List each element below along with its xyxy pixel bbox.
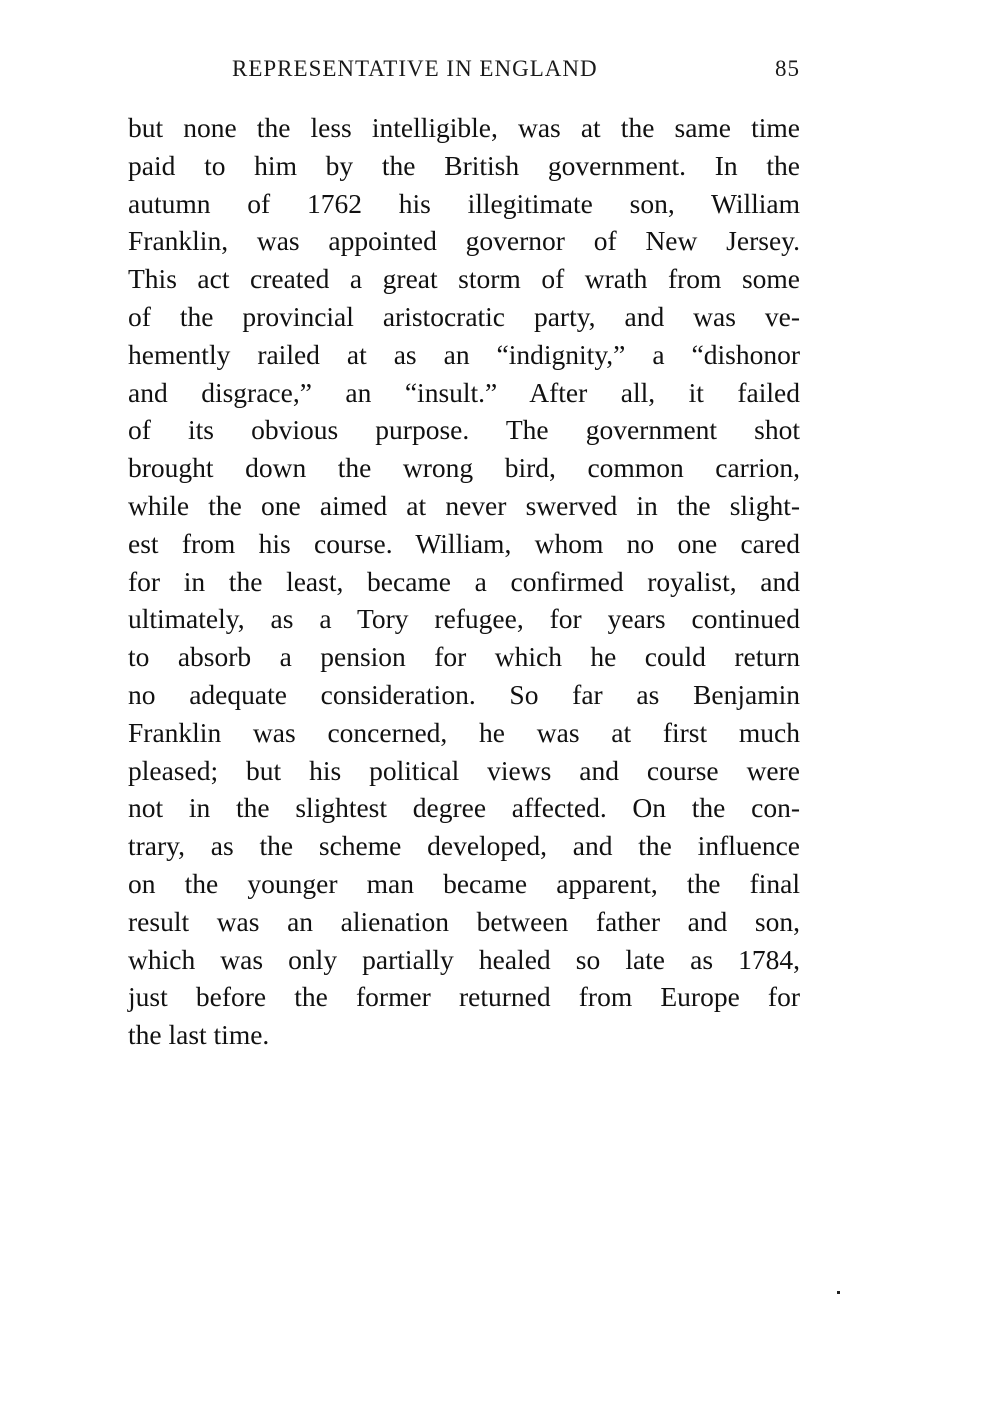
text-line: est from his course. William, whom no on… [128, 525, 800, 563]
text-line: of the provincial aristocratic party, an… [128, 298, 800, 336]
book-page: REPRESENTATIVE IN ENGLAND 85 but none th… [0, 0, 1000, 1425]
running-header: REPRESENTATIVE IN ENGLAND 85 [128, 56, 800, 86]
text-line: pleased; but his political views and cou… [128, 752, 800, 790]
running-title: REPRESENTATIVE IN ENGLAND [232, 56, 598, 82]
text-line: trary, as the scheme developed, and the … [128, 827, 800, 865]
text-line: Franklin, was appointed governor of New … [128, 222, 800, 260]
text-line: hemently railed at as an “indignity,” a … [128, 336, 800, 374]
text-line: on the younger man became apparent, the … [128, 865, 800, 903]
text-line: Franklin was concerned, he was at first … [128, 714, 800, 752]
text-line: ultimately, as a Tory refugee, for years… [128, 600, 800, 638]
scan-speck [837, 1291, 840, 1294]
text-line: and disgrace,” an “insult.” After all, i… [128, 374, 800, 412]
text-line: autumn of 1762 his illegitimate son, Wil… [128, 185, 800, 223]
page-number: 85 [775, 56, 800, 82]
text-line: of its obvious purpose. The government s… [128, 411, 800, 449]
text-line: paid to him by the British government. I… [128, 147, 800, 185]
text-line: to absorb a pension for which he could r… [128, 638, 800, 676]
body-paragraph: but none the less intelligible, was at t… [128, 109, 800, 1054]
text-line: result was an alienation between father … [128, 903, 800, 941]
text-line: no adequate consideration. So far as Ben… [128, 676, 800, 714]
text-line: while the one aimed at never swerved in … [128, 487, 800, 525]
text-line-last: the last time. [128, 1016, 800, 1054]
text-line: This act created a great storm of wrath … [128, 260, 800, 298]
text-line: for in the least, became a confirmed roy… [128, 563, 800, 601]
text-line: which was only partially healed so late … [128, 941, 800, 979]
text-line: but none the less intelligible, was at t… [128, 109, 800, 147]
text-line: just before the former returned from Eur… [128, 978, 800, 1016]
text-line: not in the slightest degree affected. On… [128, 789, 800, 827]
text-line: brought down the wrong bird, common carr… [128, 449, 800, 487]
